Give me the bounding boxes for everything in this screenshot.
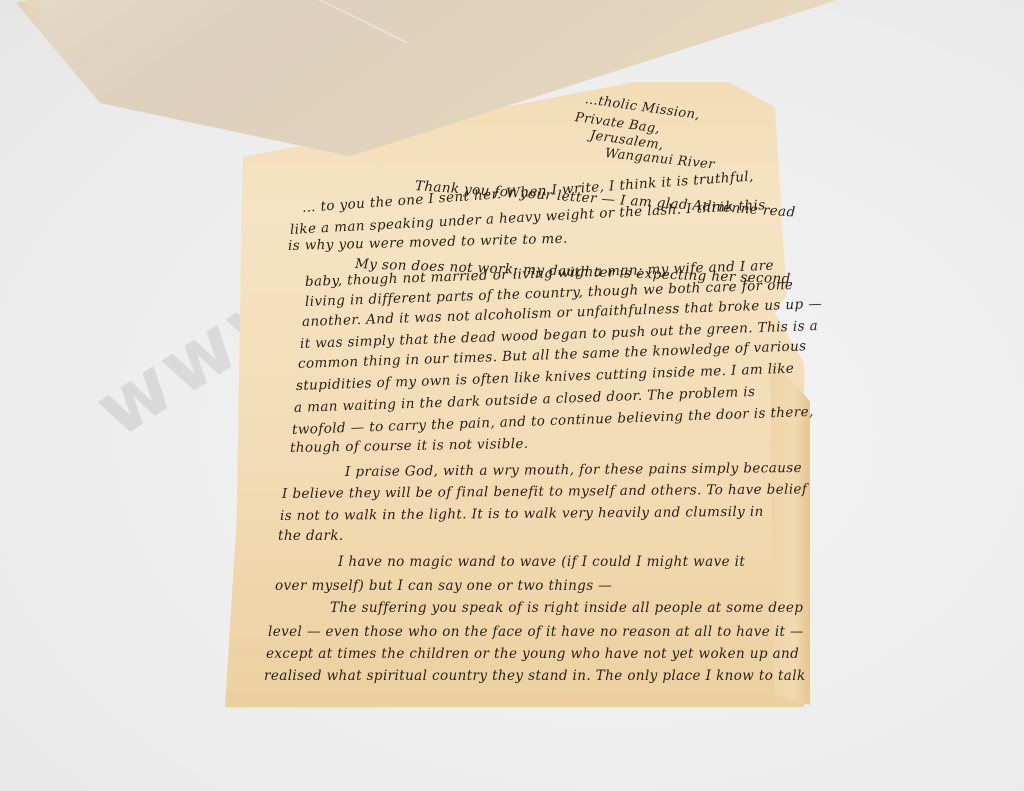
letter-line: level — even those who on the face of it… [268, 624, 804, 640]
letter-line: I have no magic wand to wave (if I could… [338, 554, 745, 570]
letter-line: the dark. [278, 528, 344, 544]
letter-line: except at times the children or the youn… [266, 646, 799, 662]
letter-line: The suffering you speak of is right insi… [330, 600, 803, 616]
letter-line: over myself) but I can say one or two th… [275, 578, 612, 594]
letter-line: realised what spiritual country they sta… [264, 668, 806, 684]
